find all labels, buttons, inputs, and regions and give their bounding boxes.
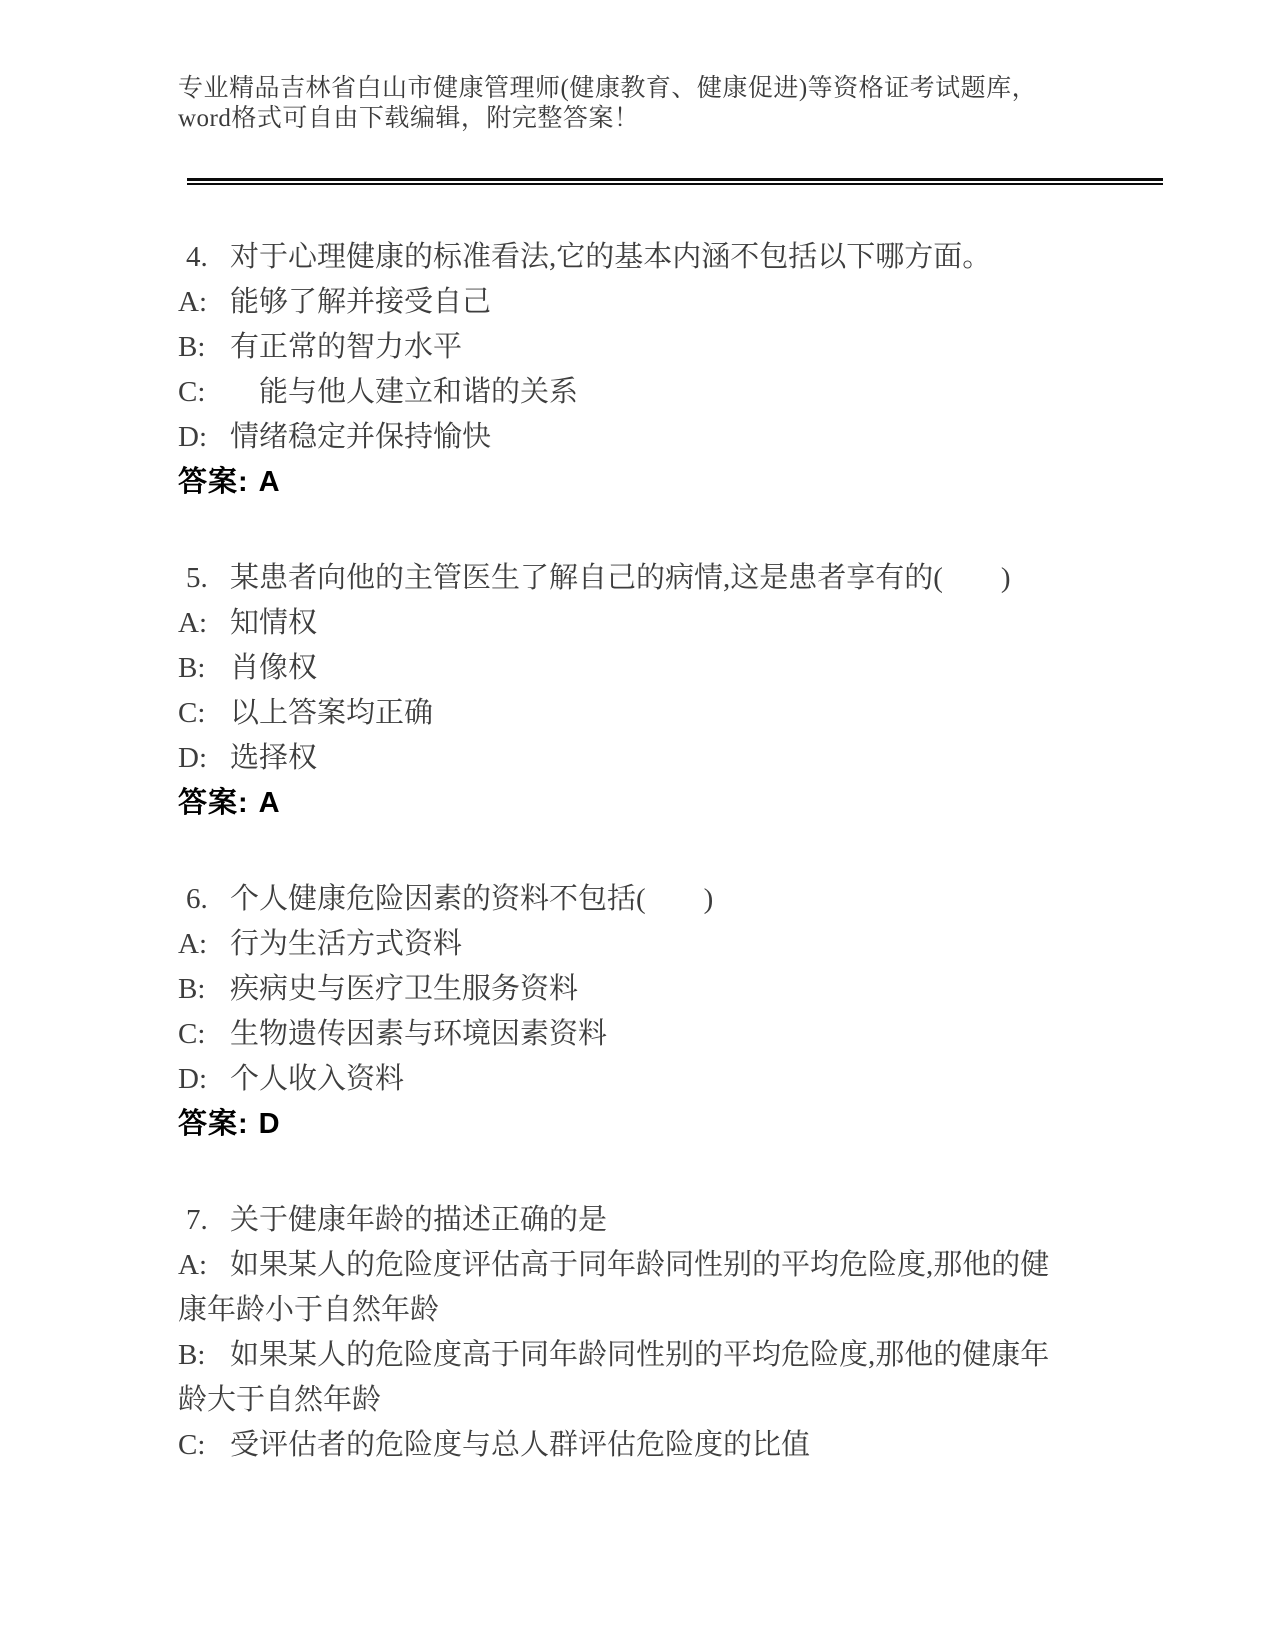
option-label: D: xyxy=(178,1057,230,1102)
answer-value: D xyxy=(259,1108,280,1140)
option-text: 如果某人的危险度高于同年龄同性别的平均危险度,那他的健康年龄大于自然年龄 xyxy=(178,1339,1049,1416)
option-text: 生物遗传因素与环境因素资料 xyxy=(230,1018,607,1050)
option-row: B:如果某人的危险度高于同年龄同性别的平均危险度,那他的健康年龄大于自然年龄 xyxy=(178,1333,1068,1423)
option-label: C: xyxy=(178,1423,230,1468)
option-text: 如果某人的危险度评估高于同年龄同性别的平均危险度,那他的健康年龄小于自然年龄 xyxy=(178,1249,1049,1326)
option-row: D:情绪稳定并保持愉快 xyxy=(178,415,1068,460)
option-label: D: xyxy=(178,736,230,781)
answer-value: A xyxy=(259,466,280,498)
option-label: B: xyxy=(178,646,230,691)
option-row: B:有正常的智力水平 xyxy=(178,325,1068,370)
answer-value: A xyxy=(259,787,280,819)
option-text: 肖像权 xyxy=(230,652,317,684)
question-title: 6.个人健康危险因素的资料不包括( ) xyxy=(178,877,1068,922)
option-label: C: xyxy=(178,691,230,736)
option-row: A:如果某人的危险度评估高于同年龄同性别的平均危险度,那他的健康年龄小于自然年龄 xyxy=(178,1243,1068,1333)
option-label: B: xyxy=(178,967,230,1012)
option-row: B:肖像权 xyxy=(178,646,1068,691)
question-block-6: 6.个人健康危险因素的资料不包括( ) A:行为生活方式资料 B:疾病史与医疗卫… xyxy=(178,877,1068,1147)
option-text: 以上答案均正确 xyxy=(230,697,433,729)
answer-label: 答案: xyxy=(178,1108,249,1140)
question-block-5: 5.某患者向他的主管医生了解自己的病情,这是患者享有的( ) A:知情权 B:肖… xyxy=(178,556,1068,826)
question-number: 6. xyxy=(178,877,230,922)
option-row: C: 能与他人建立和谐的关系 xyxy=(178,370,1068,415)
option-text: 个人收入资料 xyxy=(230,1063,404,1095)
answer-row: 答案:D xyxy=(178,1102,1068,1147)
option-text: 能与他人建立和谐的关系 xyxy=(230,376,578,408)
option-label: D: xyxy=(178,415,230,460)
option-text: 情绪稳定并保持愉快 xyxy=(230,421,491,453)
option-row: D:选择权 xyxy=(178,736,1068,781)
option-row: A:能够了解并接受自己 xyxy=(178,280,1068,325)
option-text: 行为生活方式资料 xyxy=(230,928,462,960)
header-divider-line xyxy=(187,178,1163,185)
answer-row: 答案:A xyxy=(178,781,1068,826)
question-text: 个人健康危险因素的资料不包括( ) xyxy=(230,883,713,915)
option-label: A: xyxy=(178,280,230,325)
question-block-7: 7.关于健康年龄的描述正确的是 A:如果某人的危险度评估高于同年龄同性别的平均危… xyxy=(178,1198,1068,1468)
question-number: 7. xyxy=(178,1198,230,1243)
option-text: 能够了解并接受自己 xyxy=(230,286,491,318)
question-title: 4.对于心理健康的标准看法,它的基本内涵不包括以下哪方面。 xyxy=(178,235,1068,280)
option-text: 有正常的智力水平 xyxy=(230,331,462,363)
question-title: 5.某患者向他的主管医生了解自己的病情,这是患者享有的( ) xyxy=(178,556,1068,601)
option-label: A: xyxy=(178,922,230,967)
option-text: 受评估者的危险度与总人群评估危险度的比值 xyxy=(230,1429,810,1461)
option-label: C: xyxy=(178,1012,230,1057)
questions-area: 4.对于心理健康的标准看法,它的基本内涵不包括以下哪方面。 A:能够了解并接受自… xyxy=(178,235,1068,1468)
question-text: 对于心理健康的标准看法,它的基本内涵不包括以下哪方面。 xyxy=(230,241,991,273)
option-row: D:个人收入资料 xyxy=(178,1057,1068,1102)
option-row: B:疾病史与医疗卫生服务资料 xyxy=(178,967,1068,1012)
answer-label: 答案: xyxy=(178,466,249,498)
header-note: 专业精品吉林省白山市健康管理师(健康教育、健康促进)等资格证考试题库，word格… xyxy=(178,74,1083,134)
option-row: A:知情权 xyxy=(178,601,1068,646)
option-label: A: xyxy=(178,1243,230,1288)
question-text: 关于健康年龄的描述正确的是 xyxy=(230,1204,607,1236)
option-row: C:生物遗传因素与环境因素资料 xyxy=(178,1012,1068,1057)
option-row: A:行为生活方式资料 xyxy=(178,922,1068,967)
option-text: 疾病史与医疗卫生服务资料 xyxy=(230,973,578,1005)
option-label: B: xyxy=(178,1333,230,1378)
answer-label: 答案: xyxy=(178,787,249,819)
document-page: 专业精品吉林省白山市健康管理师(健康教育、健康促进)等资格证考试题库，word格… xyxy=(0,0,1275,1650)
option-row: C:以上答案均正确 xyxy=(178,691,1068,736)
option-text: 知情权 xyxy=(230,607,317,639)
answer-row: 答案:A xyxy=(178,460,1068,505)
question-number: 4. xyxy=(178,235,230,280)
question-title: 7.关于健康年龄的描述正确的是 xyxy=(178,1198,1068,1243)
question-number: 5. xyxy=(178,556,230,601)
option-label: A: xyxy=(178,601,230,646)
option-label: B: xyxy=(178,325,230,370)
option-text: 选择权 xyxy=(230,742,317,774)
question-text: 某患者向他的主管医生了解自己的病情,这是患者享有的( ) xyxy=(230,562,1011,594)
option-row: C:受评估者的危险度与总人群评估危险度的比值 xyxy=(178,1423,1068,1468)
option-label: C: xyxy=(178,370,230,415)
question-block-4: 4.对于心理健康的标准看法,它的基本内涵不包括以下哪方面。 A:能够了解并接受自… xyxy=(178,235,1068,505)
